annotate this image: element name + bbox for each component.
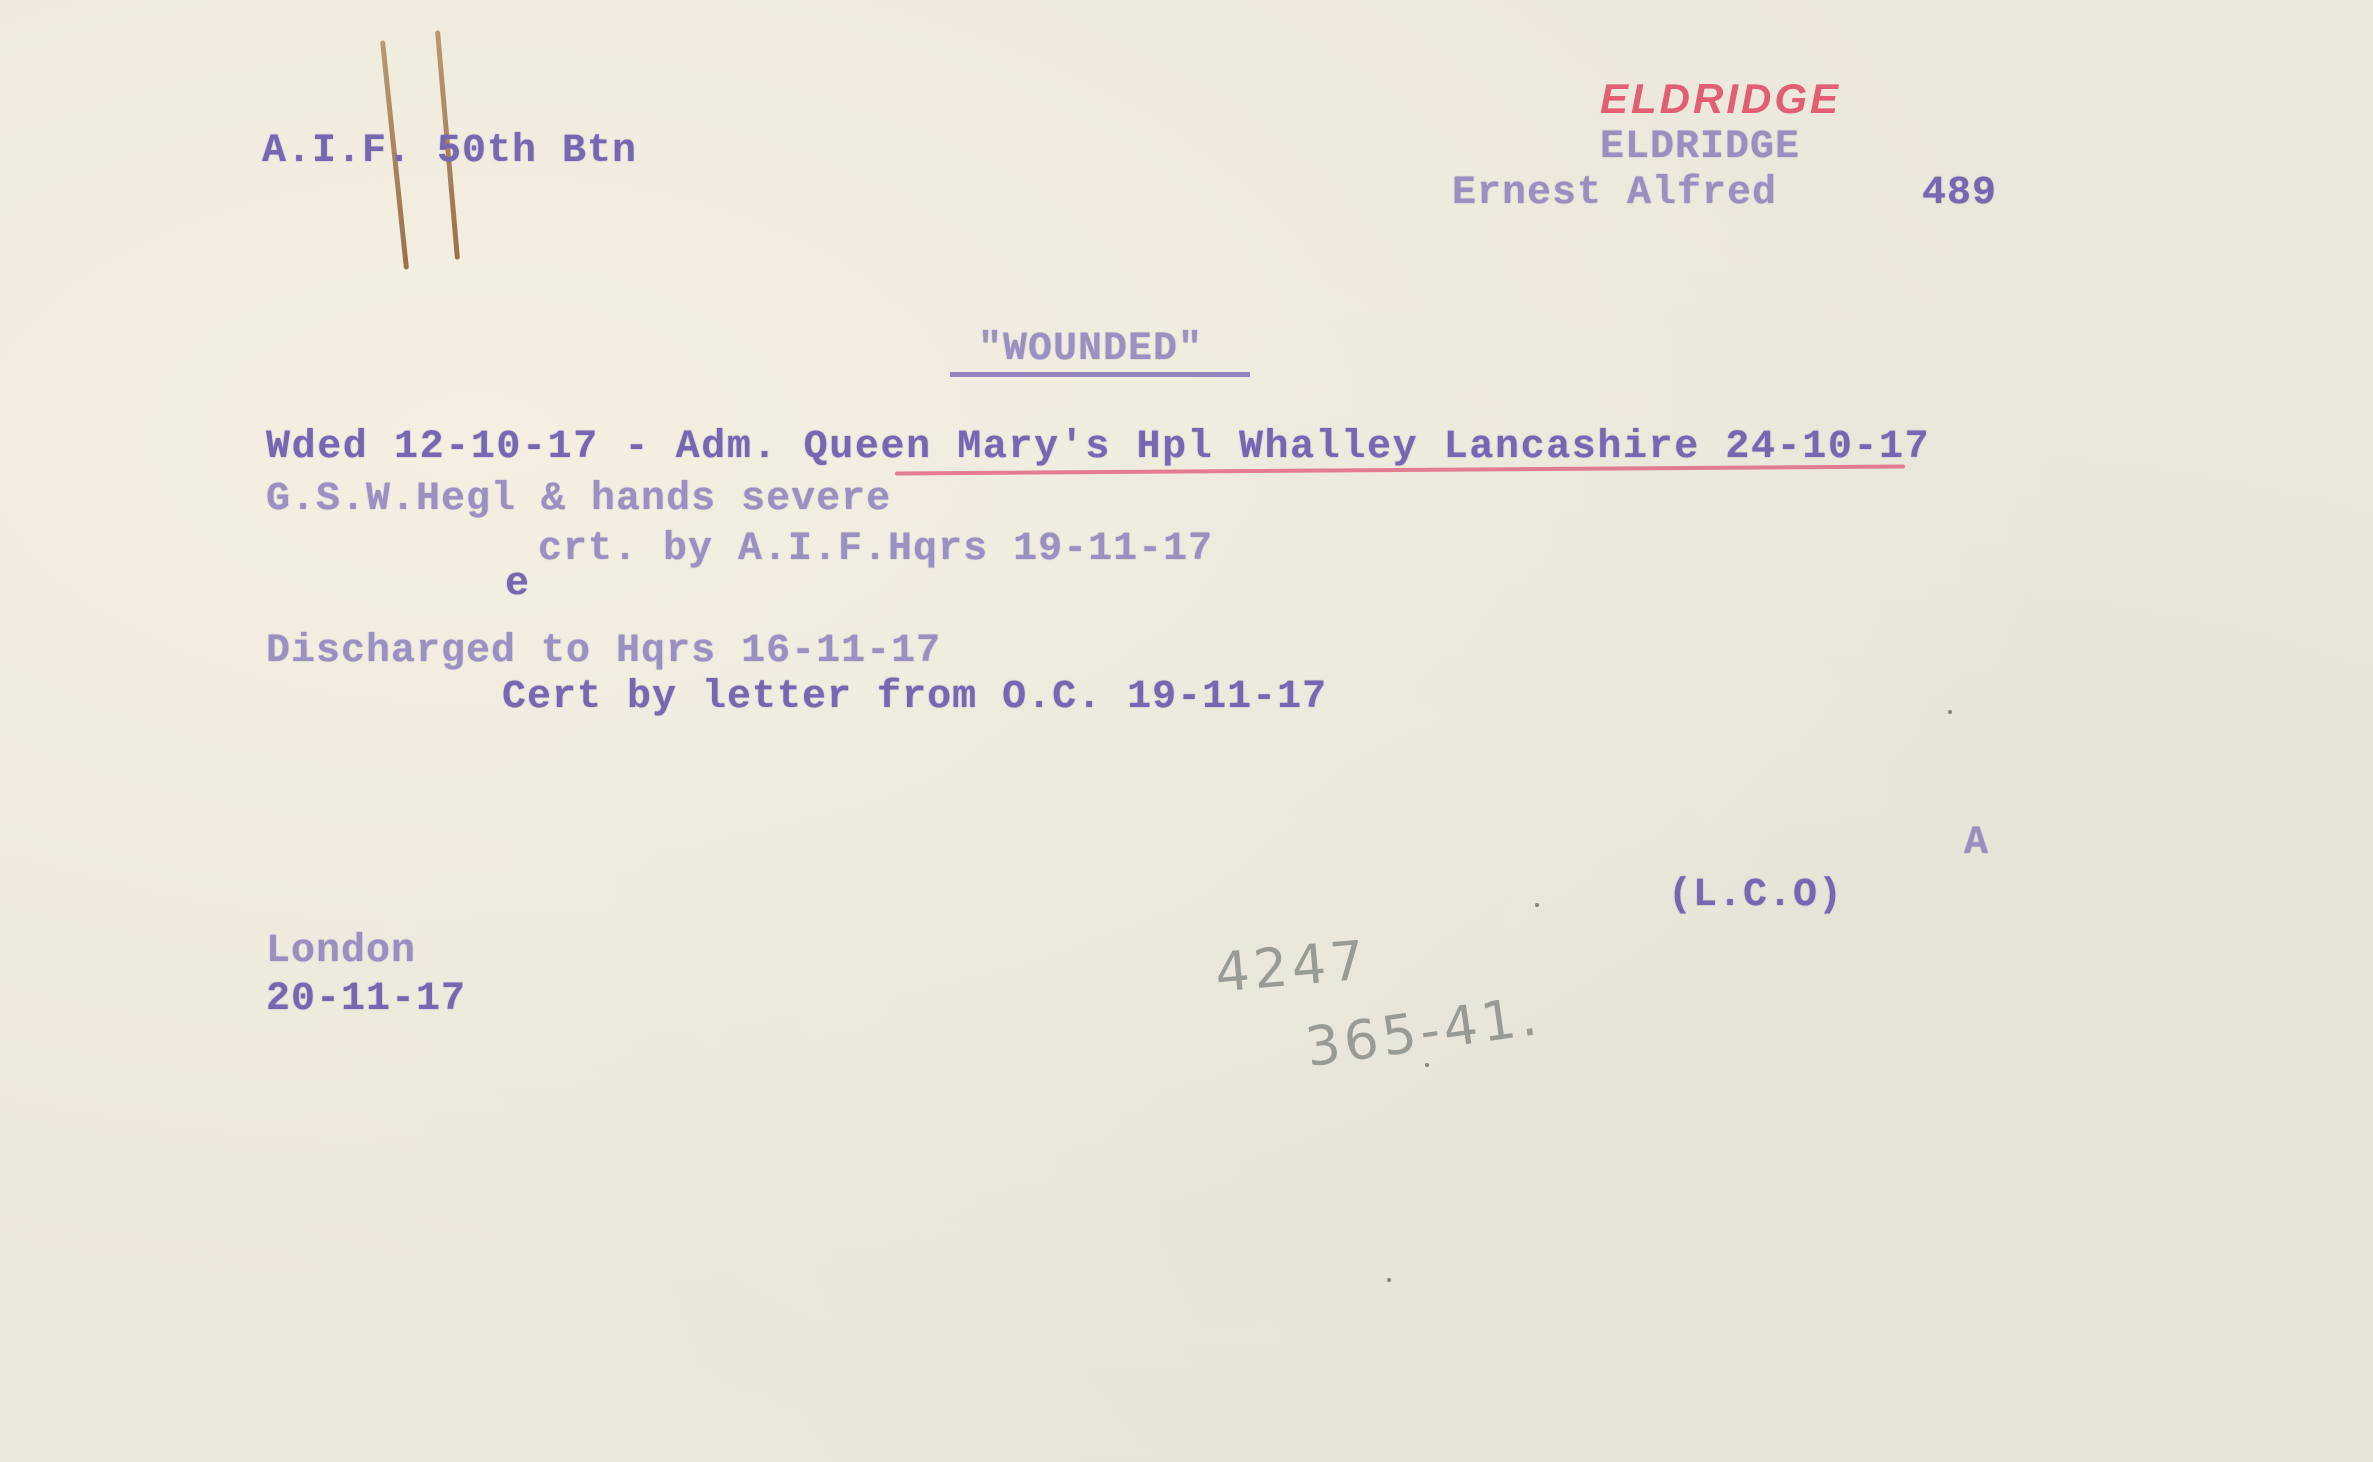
- code-letter: A: [1964, 824, 1989, 864]
- entry-line-wounded: Wded 12-10-17 - Adm. Queen Mary's Hpl Wh…: [266, 428, 1930, 468]
- entry-line-discharged: Discharged to Hqrs 16-11-17: [266, 632, 941, 672]
- entry-line-certified-correction: e: [505, 565, 530, 605]
- index-card: A.I.F. 50th Btn ELDRIDGE ELDRIDGE Ernest…: [0, 0, 2373, 1462]
- pencil-note-2: 365-41.: [1302, 989, 1544, 1075]
- given-names: Ernest Alfred: [1452, 174, 1777, 214]
- paper-fleck: [1425, 1063, 1429, 1067]
- entry-line-cert-letter: Cert by letter from O.C. 19-11-17: [502, 678, 1327, 718]
- entry-line-injury: G.S.W.Hegl & hands severe: [266, 480, 891, 520]
- pencil-note-1: 4247: [1213, 933, 1371, 1000]
- surname-stamp: ELDRIDGE: [1600, 78, 1841, 120]
- service-number: 489: [1922, 174, 1997, 214]
- paper-fleck: [1387, 1278, 1391, 1282]
- status-underline: [950, 372, 1250, 377]
- entry-line-certified: crt. by A.I.F.Hqrs 19-11-17: [538, 530, 1213, 570]
- office-code: (L.C.O): [1668, 876, 1843, 916]
- status-heading: "WOUNDED": [978, 330, 1203, 370]
- unit-label: A.I.F. 50th Btn: [262, 132, 637, 172]
- date-label: 20-11-17: [266, 980, 466, 1020]
- paper-fleck: [1948, 710, 1952, 714]
- surname-typed: ELDRIDGE: [1600, 128, 1800, 168]
- place-label: London: [266, 932, 416, 972]
- paper-fleck: [1535, 903, 1539, 907]
